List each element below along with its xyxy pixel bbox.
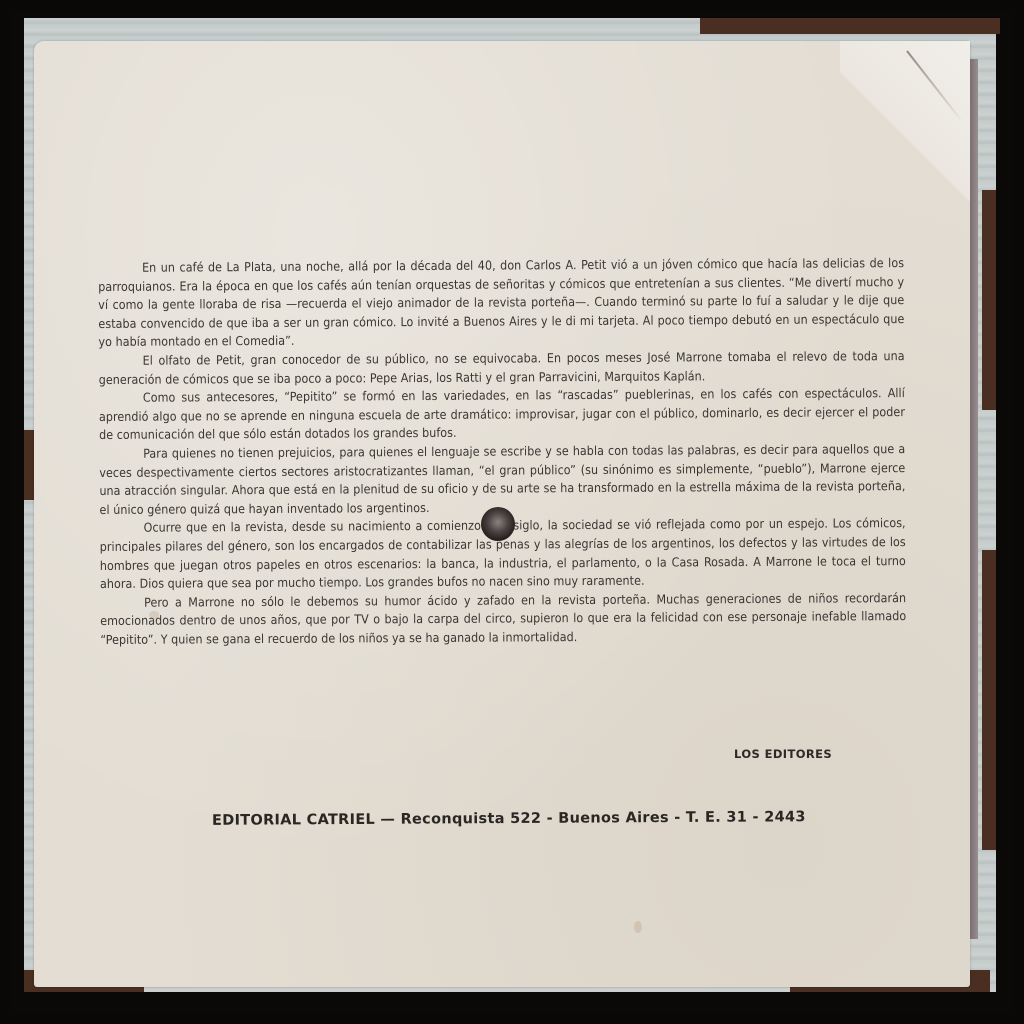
corner-fold [840, 41, 970, 201]
frame-edge-left [10, 10, 24, 1014]
paragraph: En un café de La Plata, una noche, allá … [98, 254, 905, 352]
record-sleeve: En un café de La Plata, una noche, allá … [34, 41, 970, 987]
punch-hole [481, 507, 515, 541]
paragraph: Como sus antecesores, “Pepitito” se form… [99, 384, 905, 445]
paragraph: Pero a Marrone no sólo le debemos su hum… [100, 589, 906, 650]
paper-stain [634, 921, 642, 933]
publisher-line: EDITORIAL CATRIEL — Reconquista 522 - Bu… [212, 809, 806, 829]
wood-stain [982, 550, 996, 850]
frame-edge-right [996, 10, 1014, 1014]
frame-edge-bottom [10, 992, 1014, 1014]
sleeve-side-edge [970, 59, 978, 939]
frame-edge-top [10, 10, 1014, 18]
signature: LOS EDITORES [734, 747, 832, 761]
wood-stain [700, 18, 1000, 34]
liner-notes: En un café de La Plata, una noche, allá … [98, 254, 906, 649]
wood-stain [982, 190, 996, 410]
paragraph: El olfato de Petit, gran conocedor de su… [99, 347, 905, 389]
